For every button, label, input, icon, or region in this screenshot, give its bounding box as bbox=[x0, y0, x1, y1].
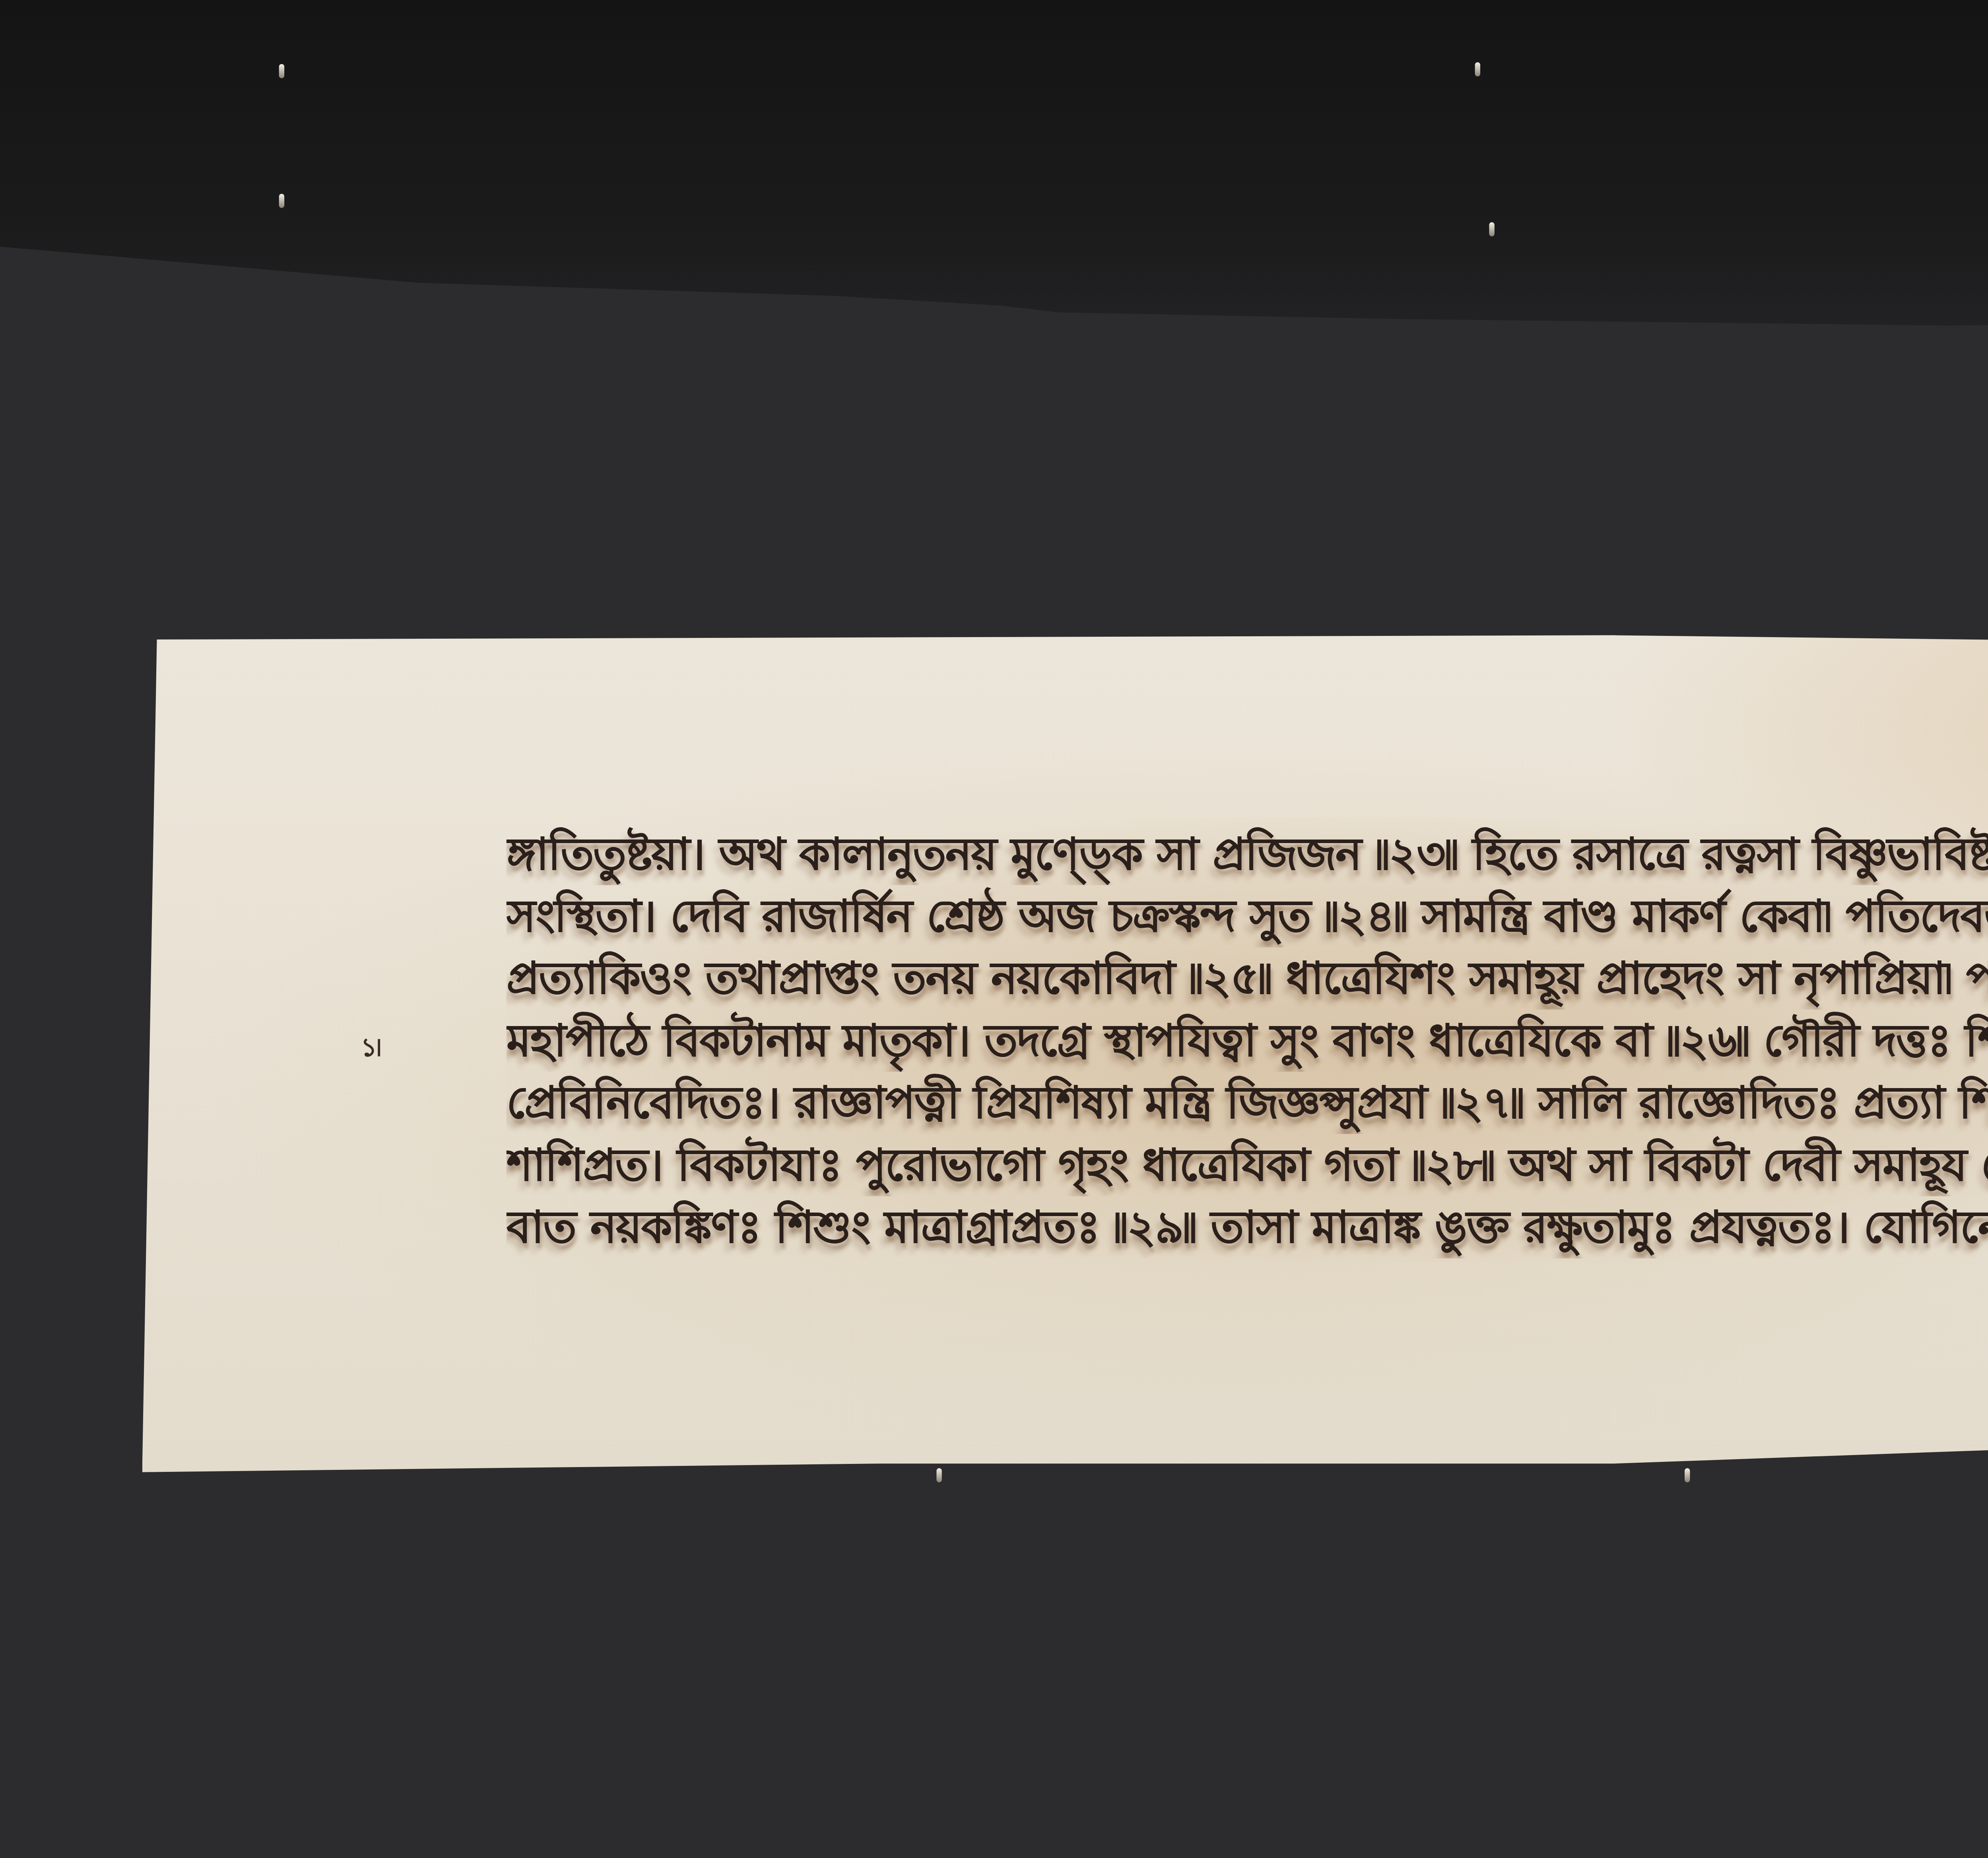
text-line: প্রেবিনিবেদিতঃ। রাজ্ঞাপত্নী প্রিযশিষ্যা … bbox=[507, 1072, 1988, 1134]
mounting-pin bbox=[1489, 222, 1494, 237]
mounting-pin bbox=[1685, 1468, 1690, 1483]
mounting-pin bbox=[279, 64, 284, 78]
text-line: সংস্থিতা। দেবি রাজার্ষিন শ্রেষ্ঠ অজ চক্র… bbox=[507, 885, 1988, 947]
text-line: বাত নয়কঙ্কিণঃ শিশুং মাত্রাগ্রাপ্রতঃ ৷৷২… bbox=[507, 1196, 1988, 1258]
mounting-pin bbox=[936, 1468, 942, 1483]
manuscript-text: ঙ্গাতিতুষ্টয়া। অথ কালানুতনয় মুণ্ড্কে স… bbox=[507, 823, 1988, 1258]
folio-number: ১৷ bbox=[361, 1027, 381, 1070]
photo-stage: ১৷ ঙ্গাতিতুষ্টয়া। অথ কালানুতনয় মুণ্ড্ক… bbox=[0, 0, 1988, 1858]
dark-backing-board bbox=[0, 0, 1988, 329]
mounting-pin bbox=[1475, 62, 1480, 76]
text-line: প্রত্যাকিওং তথাপ্রাপ্তং তনয় নয়কোবিদা ৷… bbox=[507, 947, 1988, 1009]
mounting-pin bbox=[279, 194, 284, 208]
text-line: ঙ্গাতিতুষ্টয়া। অথ কালানুতনয় মুণ্ড্কে স… bbox=[507, 823, 1988, 885]
text-line: মহাপীঠে বিকটানাম মাতৃকা। তদগ্রে স্থাপযিত… bbox=[507, 1010, 1988, 1072]
text-line: শাশিপ্রত। বিকটাযাঃ পুরোভাগো গৃহং ধাত্রেয… bbox=[507, 1134, 1988, 1196]
